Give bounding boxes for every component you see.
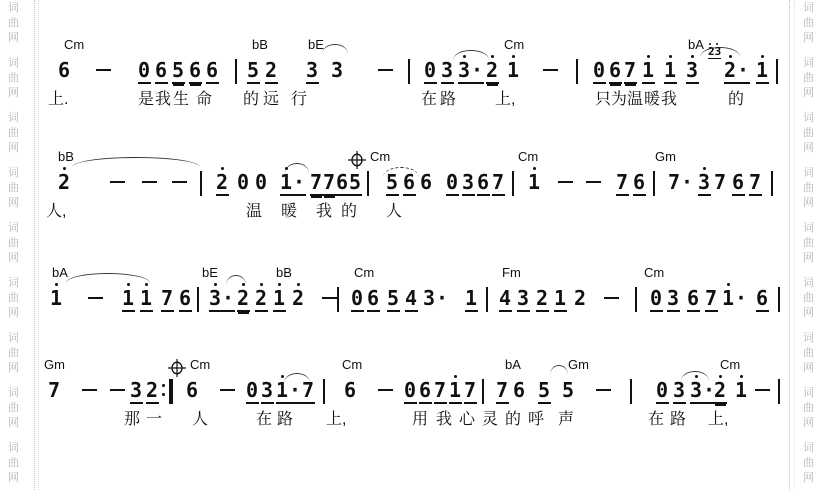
chord-label: Cm (354, 266, 374, 279)
note-digit: 6 (732, 172, 745, 196)
note-digit: 0 (246, 380, 259, 404)
note-digit: 5 (349, 172, 362, 196)
lyric-syllable: 在 (648, 410, 664, 429)
barline (771, 171, 773, 196)
lyric-syllable: 灵 (482, 410, 498, 429)
lyric-syllable: 一 (146, 410, 162, 429)
coda-icon (168, 359, 186, 377)
note-digit: 1· (280, 172, 306, 196)
barline (512, 171, 514, 196)
sustain-dash (220, 389, 235, 391)
chord-label: Cm (370, 150, 390, 163)
chord-label: Gm (44, 358, 65, 371)
chord-label: bE (308, 38, 324, 51)
watermark-left: 曲 (8, 73, 19, 84)
note-digit: 3 (130, 380, 143, 404)
system-1: CmbBbECmbA6065665233033·21067113232·1上.是… (0, 38, 822, 120)
watermark-left: 曲 (8, 348, 19, 359)
note-digit: 1· (722, 288, 748, 310)
sustain-dash (172, 181, 187, 183)
watermark-right: 曲 (803, 403, 814, 414)
note-digit: 1 (756, 60, 769, 84)
note-digit: 1· (276, 380, 302, 404)
system-2: bBCmCmGm22001·776556603671767·3767人,温暖我的… (0, 150, 822, 232)
watermark-left: 网 (8, 88, 19, 99)
note-digit: 6 (403, 172, 416, 196)
chord-label: Cm (720, 358, 740, 371)
watermark-right: 词 (803, 333, 814, 344)
grace-notes: 23 (708, 46, 721, 59)
lyric-syllable: 我 (436, 410, 452, 429)
note-digit: 6 (477, 172, 490, 196)
chord-label: Cm (190, 358, 210, 371)
sustain-dash (378, 69, 393, 71)
note-digit: 3 (306, 60, 319, 84)
note-digit: 6 (186, 380, 199, 402)
note-digit: 1 (735, 380, 748, 402)
note-digit: 7 (492, 172, 505, 196)
lyric-syllable: 远 (263, 90, 279, 109)
chord-label: Cm (64, 38, 84, 51)
note-digit: 3 (441, 60, 454, 84)
coda-icon (348, 151, 366, 169)
barline (367, 171, 369, 196)
watermark-left: 网 (8, 363, 19, 374)
watermark-left: 网 (8, 418, 19, 429)
watermark-left: 网 (8, 308, 19, 319)
watermark-right: 曲 (803, 183, 814, 194)
note-digit: 1 (528, 172, 541, 194)
note-digit: 7 (310, 172, 323, 196)
note-digit: 1 (642, 60, 655, 84)
barline (235, 59, 237, 84)
note-digit: 1 (554, 288, 567, 312)
watermark-right: 词 (803, 223, 814, 234)
note-digit: 7 (496, 380, 509, 404)
watermark-right: 曲 (803, 18, 814, 29)
note-digit: 6 (367, 288, 380, 312)
note-digit: 6 (179, 288, 192, 312)
chord-label: Gm (568, 358, 589, 371)
note-digit: 3 (517, 288, 530, 312)
lyric-syllable: 人, (46, 202, 66, 221)
lyric-syllable: 那 (124, 410, 140, 429)
note-digit: 2 (216, 172, 229, 196)
note-digit: 3· (690, 380, 716, 404)
watermark-right: 网 (803, 308, 814, 319)
note-digit: 0 (424, 60, 437, 84)
note-digit: 7 (464, 380, 477, 404)
note-digit: 6 (633, 172, 646, 196)
watermark-right: 网 (803, 253, 814, 264)
lyric-syllable: 暖 (644, 90, 660, 109)
lyric-syllable: 心 (459, 410, 475, 429)
chord-label: Cm (518, 150, 538, 163)
watermark-right: 词 (803, 3, 814, 14)
sustain-dash (378, 389, 393, 391)
note-digit: 1 (465, 288, 478, 312)
sustain-dash (596, 389, 611, 391)
lyric-syllable: 在 (421, 90, 437, 109)
system-4: GmCmCmbAGmCm7326031·76067177655033·21那一人… (0, 358, 822, 440)
watermark-left: 词 (8, 223, 19, 234)
note-digit: 1 (140, 288, 153, 312)
note-digit: 6 (756, 288, 769, 312)
watermark-right: 词 (803, 388, 814, 399)
lyric-syllable: 行 (291, 90, 307, 109)
barline (197, 287, 199, 312)
watermark-right: 曲 (803, 458, 814, 469)
lyric-syllable: 我 (661, 90, 677, 109)
note-digit: 6 (419, 380, 432, 404)
chord-label: Cm (644, 266, 664, 279)
lyric-syllable: 的 (243, 90, 259, 109)
watermark-left: 网 (8, 473, 19, 484)
note-digit: 2 (292, 288, 305, 310)
note-digit: 3 (698, 172, 711, 196)
lyric-syllable: 的 (728, 90, 744, 109)
note-digit: 6 (206, 60, 219, 84)
sheet-music-page: CmbBbECmbA6065665233033·21067113232·1上.是… (0, 0, 822, 490)
note-digit: 7 (714, 172, 727, 194)
system-3: bAbEbBCmFmCm111763·221206543·14321203671… (0, 266, 822, 348)
note-digit: 0 (404, 380, 417, 404)
lyric-syllable: 用 (412, 410, 428, 429)
watermark-left: 网 (8, 198, 19, 209)
note-digit: 1 (449, 380, 462, 404)
slur-arc (72, 157, 200, 167)
note-digit: 2 (265, 60, 278, 84)
note-digit: 5 (247, 60, 260, 84)
note-digit: 3 (331, 60, 344, 82)
lyric-syllable: 路 (277, 410, 293, 429)
lyric-syllable: 在 (256, 410, 272, 429)
chord-label: Cm (504, 38, 524, 51)
note-digit: 2 (237, 288, 250, 312)
watermark-left: 曲 (8, 183, 19, 194)
chord-label: bB (252, 38, 268, 51)
lyric-syllable: 为 (611, 90, 627, 109)
note-digit: 2 (536, 288, 549, 312)
lyric-syllable: 温 (246, 202, 262, 221)
note-digit: 3 (462, 172, 475, 196)
note-digit: 5 (386, 172, 399, 196)
barline (482, 379, 484, 404)
chord-label: bA (688, 38, 704, 51)
note-digit: 6 (609, 60, 622, 84)
note-digit: 0 (650, 288, 663, 312)
note-digit: 3 (673, 380, 686, 404)
watermark-left: 网 (8, 33, 19, 44)
note-digit: 7 (48, 380, 61, 402)
lyric-syllable: 是 (138, 90, 154, 109)
sustain-dash (142, 181, 157, 183)
barline (778, 379, 780, 404)
sustain-dash (604, 297, 619, 299)
watermark-right: 网 (803, 418, 814, 429)
watermark-right: 词 (803, 58, 814, 69)
note-digit: 1 (273, 288, 286, 312)
note-digit: 3· (423, 288, 449, 310)
watermark-right: 网 (803, 198, 814, 209)
watermark-left: 曲 (8, 128, 19, 139)
lyric-syllable: 上, (326, 410, 346, 429)
barline (323, 379, 325, 404)
lyric-syllable: 上, (495, 90, 515, 109)
barline (630, 379, 632, 404)
note-digit: 1 (50, 288, 63, 310)
chord-label: Cm (342, 358, 362, 371)
watermark-right: 曲 (803, 128, 814, 139)
watermark-right: 网 (803, 363, 814, 374)
note-digit: 6 (344, 380, 357, 402)
note-digit: 6 (513, 380, 526, 402)
watermark-left: 曲 (8, 403, 19, 414)
note-digit: 3 (667, 288, 680, 312)
note-digit: 7 (616, 172, 629, 196)
note-digit: 1 (122, 288, 135, 312)
note-digit: 0 (656, 380, 669, 404)
note-digit: 7· (668, 172, 694, 194)
watermark-right: 网 (803, 33, 814, 44)
note-digit: 6 (420, 172, 433, 194)
sustain-dash (96, 69, 111, 71)
note-digit: 4 (499, 288, 512, 312)
barline (408, 59, 410, 84)
note-digit: 7 (705, 288, 718, 312)
sustain-dash (110, 181, 125, 183)
watermark-right: 词 (803, 278, 814, 289)
note-digit: 6 (58, 60, 71, 82)
note-digit: 3· (458, 60, 484, 84)
note-digit: 6 (336, 172, 349, 196)
note-digit: 0 (593, 60, 606, 84)
sustain-dash (543, 69, 558, 71)
lyric-syllable: 我 (316, 202, 332, 221)
note-digit: 3 (686, 60, 699, 84)
watermark-left: 词 (8, 443, 19, 454)
barline (776, 59, 778, 84)
barline (486, 287, 488, 312)
note-digit: 6 (189, 60, 202, 84)
note-digit: 2 (574, 288, 587, 310)
note-digit: 4 (405, 288, 418, 312)
note-digit: 7 (624, 60, 637, 84)
lyric-syllable: 只 (595, 90, 611, 109)
watermark-left: 词 (8, 388, 19, 399)
barline (635, 287, 637, 312)
barline (337, 287, 339, 312)
note-digit: 2 (486, 60, 499, 84)
lyric-syllable: 人 (192, 410, 208, 429)
lyric-syllable: 命 (196, 90, 212, 109)
sustain-dash (82, 389, 97, 391)
watermark-left: 曲 (8, 458, 19, 469)
watermark-left: 词 (8, 278, 19, 289)
sustain-dash (558, 181, 573, 183)
note-digit: 5 (562, 380, 575, 402)
note-digit: 0 (237, 172, 250, 194)
barline (778, 287, 780, 312)
watermark-left: 网 (8, 253, 19, 264)
note-digit: 2· (724, 60, 750, 84)
note-digit: 2 (255, 288, 268, 312)
barline (576, 59, 578, 84)
lyric-syllable: 路 (670, 410, 686, 429)
sustain-dash (586, 181, 601, 183)
watermark-left: 曲 (8, 18, 19, 29)
note-digit: 0 (351, 288, 364, 312)
note-digit: 6 (155, 60, 168, 84)
note-digit: 7 (749, 172, 762, 196)
note-digit: 7 (302, 380, 315, 404)
lyric-syllable: 我 (155, 90, 171, 109)
sustain-dash (88, 297, 103, 299)
note-digit: 0 (255, 172, 268, 194)
lyric-syllable: 上. (48, 90, 68, 109)
watermark-right: 网 (803, 88, 814, 99)
lyric-syllable: 的 (505, 410, 521, 429)
chord-label: bB (58, 150, 74, 163)
watermark-right: 曲 (803, 348, 814, 359)
chord-label: bA (52, 266, 68, 279)
note-digit: 7 (161, 288, 174, 312)
sustain-dash (322, 297, 337, 299)
lyric-syllable: 生 (173, 90, 189, 109)
note-digit: 1 (664, 60, 677, 84)
lyric-syllable: 声 (558, 410, 574, 429)
note-digit: 6 (687, 288, 700, 312)
watermark-left: 词 (8, 3, 19, 14)
watermark-right: 词 (803, 113, 814, 124)
slur-arc (322, 44, 348, 54)
sustain-dash (755, 389, 770, 391)
chord-label: Gm (655, 150, 676, 163)
barline (200, 171, 202, 196)
watermark-right: 曲 (803, 293, 814, 304)
note-digit: 7 (323, 172, 336, 196)
lyric-syllable: 温 (627, 90, 643, 109)
chord-label: bE (202, 266, 218, 279)
note-digit: 5 (387, 288, 400, 312)
note-digit: 0 (138, 60, 151, 84)
note-digit: 0 (446, 172, 459, 196)
watermark-left: 曲 (8, 293, 19, 304)
watermark-right: 网 (803, 143, 814, 154)
chord-label: bB (276, 266, 292, 279)
slur-arc (66, 273, 150, 283)
watermark-left: 词 (8, 58, 19, 69)
note-digit: 3 (261, 380, 274, 404)
barline (653, 171, 655, 196)
lyric-syllable: 呼 (528, 410, 544, 429)
note-digit: 2 (714, 380, 727, 404)
note-digit: 1 (507, 60, 520, 82)
repeat-end-barline (162, 379, 173, 404)
lyric-syllable: 的 (341, 202, 357, 221)
note-digit: 2 (146, 380, 159, 404)
watermark-left: 词 (8, 113, 19, 124)
lyric-syllable: 人 (386, 202, 402, 221)
sustain-dash (110, 389, 125, 391)
lyric-syllable: 暖 (281, 202, 297, 221)
chord-label: bA (505, 358, 521, 371)
lyric-syllable: 上, (708, 410, 728, 429)
note-digit: 5 (538, 380, 551, 404)
watermark-right: 曲 (803, 73, 814, 84)
slur-arc (550, 365, 568, 375)
watermark-right: 词 (803, 168, 814, 179)
note-digit: 5 (172, 60, 185, 84)
note-digit: 2 (58, 172, 71, 194)
watermark-right: 曲 (803, 238, 814, 249)
lyric-syllable: 路 (440, 90, 456, 109)
watermark-right: 网 (803, 473, 814, 484)
watermark-left: 网 (8, 143, 19, 154)
watermark-left: 词 (8, 333, 19, 344)
chord-label: Fm (502, 266, 521, 279)
note-digit: 7 (434, 380, 447, 404)
watermark-right: 词 (803, 443, 814, 454)
note-digit: 3· (209, 288, 235, 312)
watermark-left: 词 (8, 168, 19, 179)
watermark-left: 曲 (8, 238, 19, 249)
